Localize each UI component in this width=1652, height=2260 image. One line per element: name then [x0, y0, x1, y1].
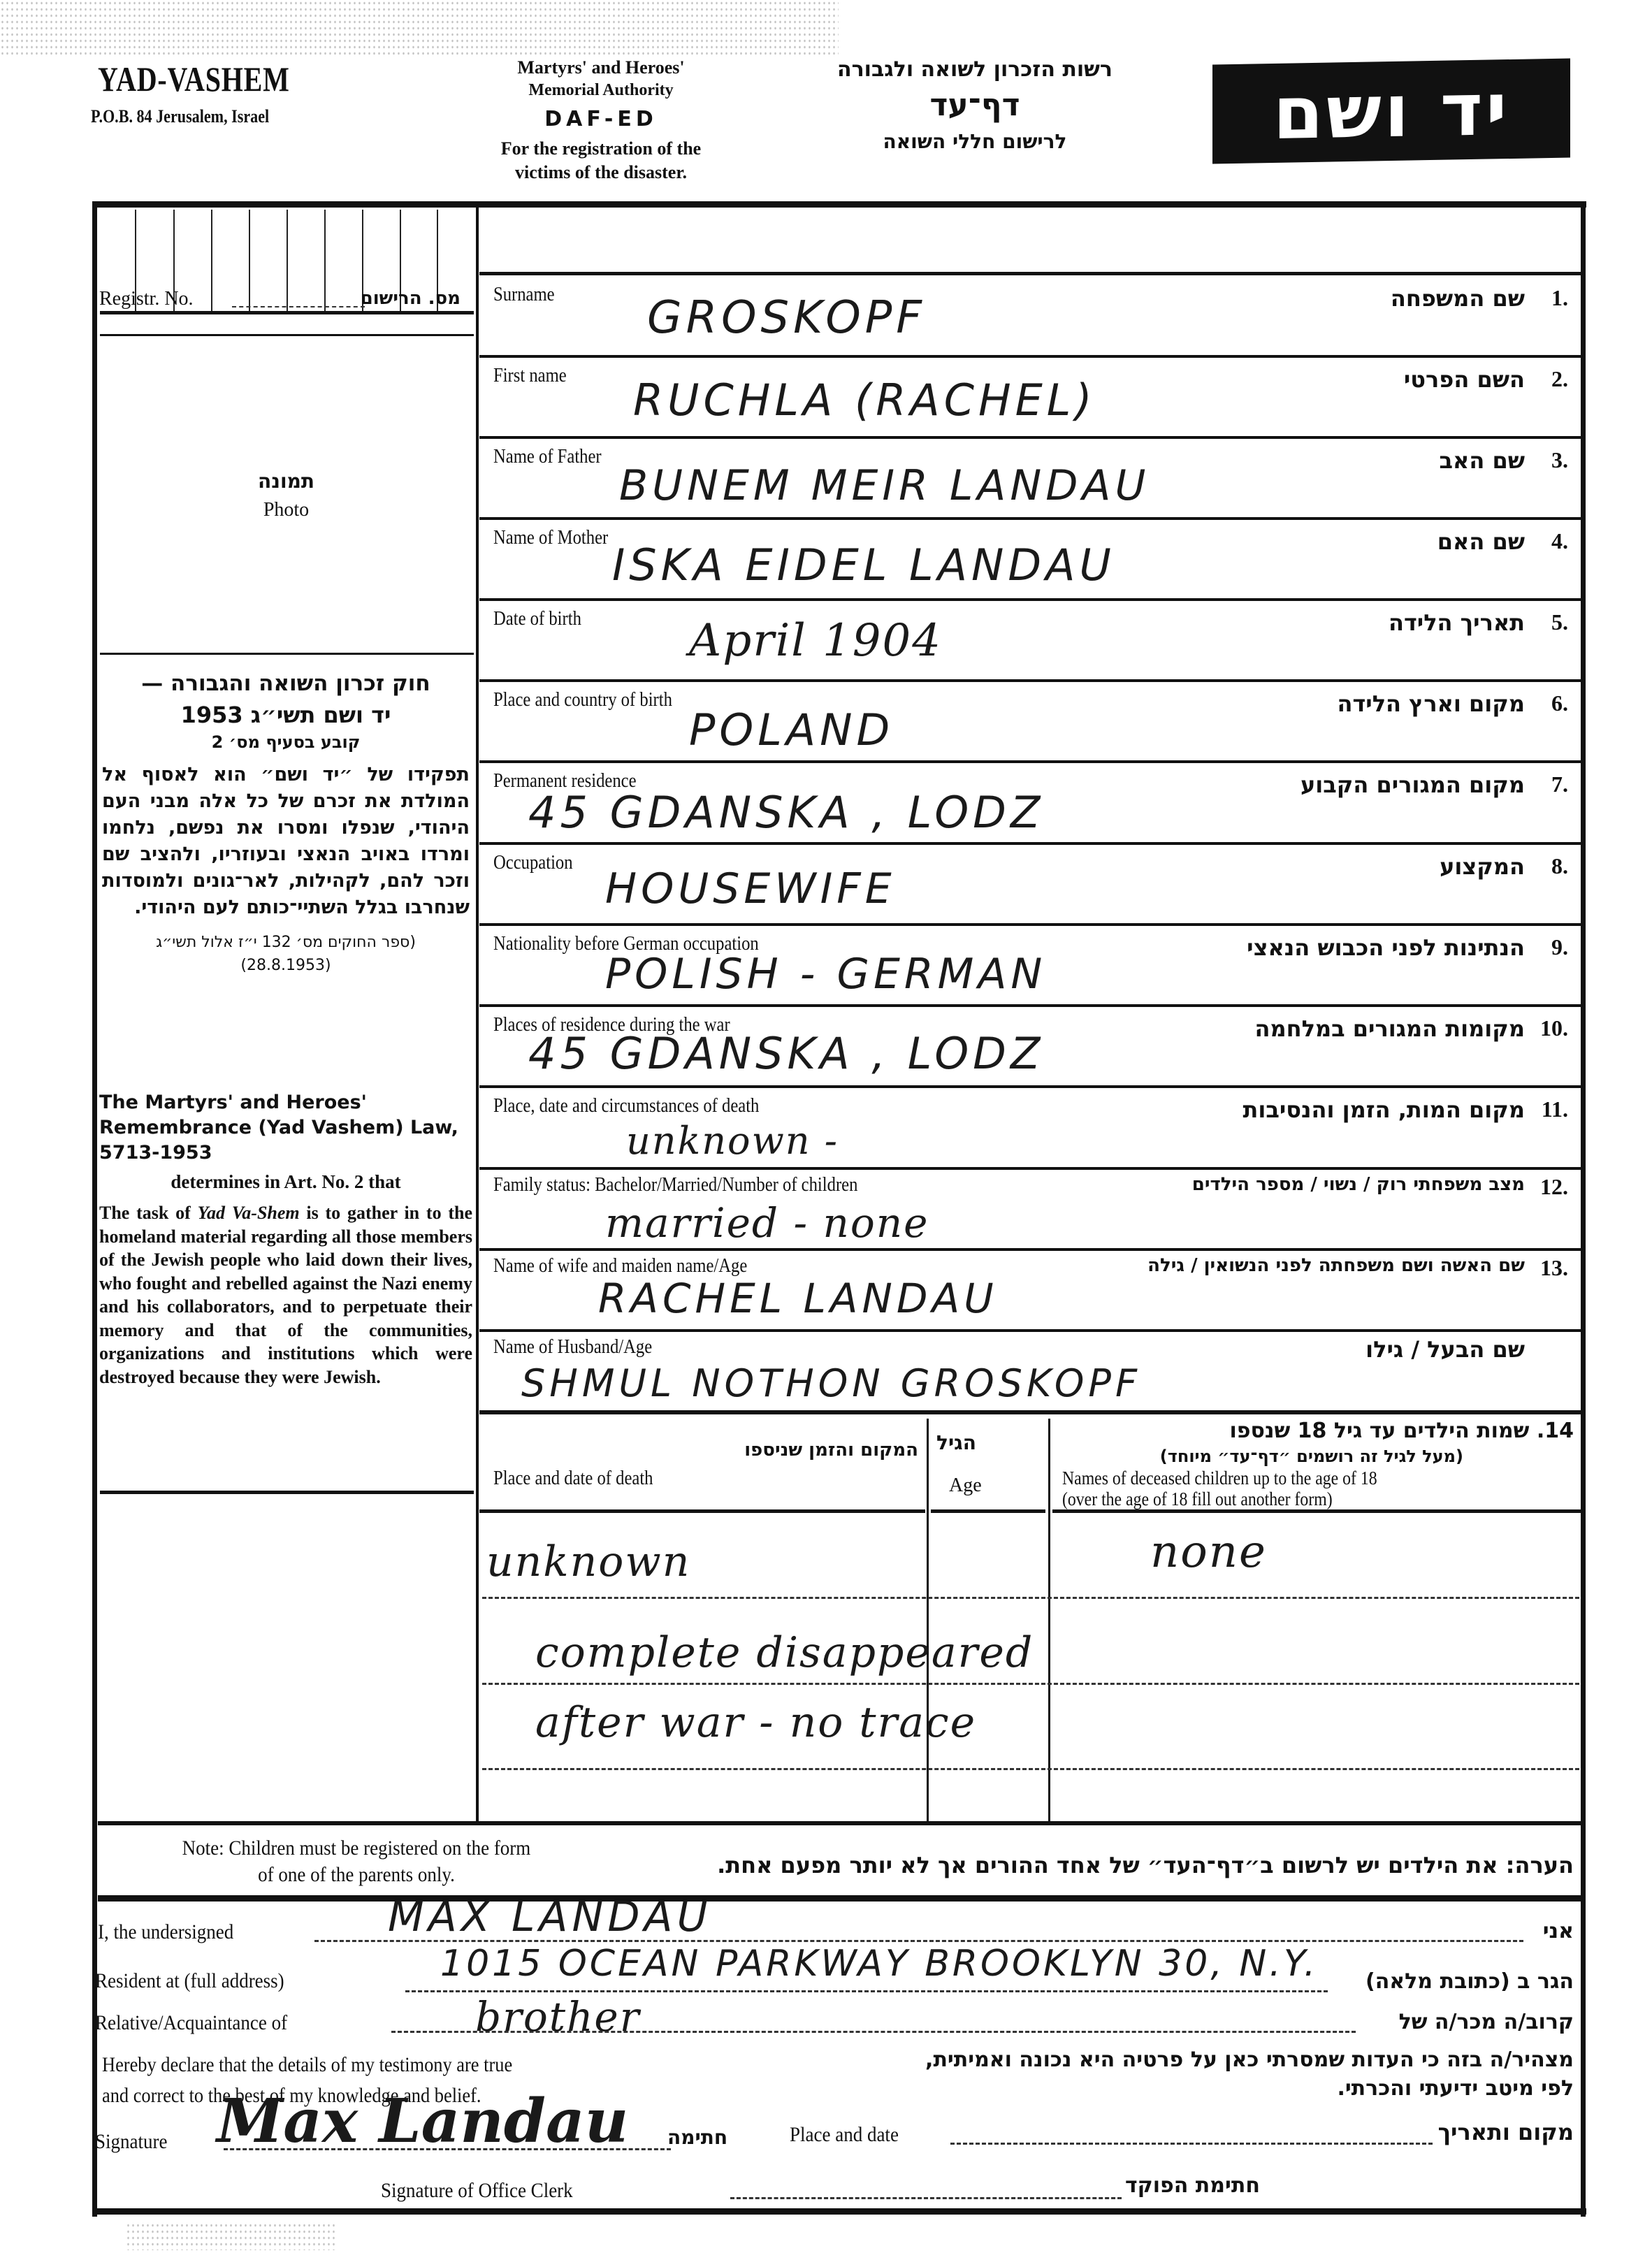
field-label: Name of Husband/Age — [493, 1336, 652, 1359]
form-title: DAF-ED — [440, 107, 762, 131]
authority-line1: Martyrs' and Heroes' — [440, 57, 762, 78]
field-value: POLAND — [689, 704, 894, 755]
frame-left-border — [92, 204, 97, 2217]
sec14-header-bottom-name — [1052, 1509, 1581, 1513]
field-value: unknown - — [626, 1119, 839, 1163]
sec14-row[interactable]: after war - no trace — [479, 1684, 1581, 1767]
row-line-1 — [479, 355, 1581, 358]
note-english: Note: Children must be registered on the… — [105, 1837, 608, 1887]
field-value: 45 GDANSKA , LODZ — [528, 1028, 1044, 1079]
resident-label-he: הגר ב (כתובת מלאה) — [1365, 1969, 1574, 1994]
sec14-place-value: complete disappeared — [535, 1628, 1034, 1677]
law-he-date: (28.8.1953) — [102, 957, 470, 974]
registr-row-bottom — [100, 334, 474, 336]
field-label-he: שם האם — [1437, 528, 1525, 555]
resident-value: 1015 OCEAN PARKWAY BROOKLYN 30, N.Y. — [440, 1943, 1318, 1985]
place-date-label: Place and date — [790, 2123, 899, 2147]
field-label-he: שם המשפחה — [1391, 285, 1525, 312]
field-label-he: הנתינות לפני הכבוש הנאצי — [1247, 934, 1525, 961]
row-line-12 — [479, 1248, 1581, 1251]
field-number: 11. — [1542, 1096, 1568, 1122]
header-center: Martyrs' and Heroes' Memorial Authority … — [440, 57, 762, 183]
law-he-title2: יד ושם תשי״ג 1953 — [102, 702, 470, 728]
field-number: 7. — [1551, 772, 1568, 797]
row-line-4 — [479, 598, 1581, 601]
sec14-place-value: after war - no trace — [535, 1698, 976, 1747]
field-row-family-status[interactable]: Family status: Bachelor/Married/Number o… — [479, 1168, 1581, 1249]
signature-value: Max Landau — [217, 2086, 628, 2157]
registr-label: Registr. No. — [99, 288, 194, 310]
field-label: Name of Mother — [493, 527, 608, 549]
sec14-title: Names of deceased children up to the age… — [1062, 1468, 1377, 1489]
resident-label: Resident at (full address) — [95, 1969, 284, 1993]
registr-number-field[interactable] — [232, 306, 365, 307]
scan-noise-bottom — [126, 2222, 335, 2250]
row-line-3 — [479, 517, 1581, 520]
purpose-line2: victims of the disaster. — [440, 162, 762, 183]
field-label-he: השם הפרטי — [1404, 366, 1525, 393]
row-line-11 — [479, 1167, 1581, 1170]
relative-value: brother — [475, 1993, 640, 2041]
sec14-place-value: unknown — [486, 1537, 690, 1586]
field-label: Place and country of birth — [493, 689, 672, 711]
org-address: P.O.B. 84 Jerusalem, Israel — [91, 106, 269, 127]
field-row-wife[interactable]: Name of wife and maiden name/Age שם האשה… — [479, 1249, 1581, 1331]
field-label-he: שם הבעל / גילו — [1365, 1336, 1525, 1363]
photo-label-he: תמונה — [99, 470, 473, 493]
field-row-permanent-residence[interactable]: Permanent residence מקום המגורים הקבוע 7… — [479, 762, 1581, 843]
registration-number-row: Registr. No. מס. הרישום — [99, 288, 473, 330]
yad-vashem-logo: יד ושם — [1212, 59, 1570, 164]
field-value: SHMUL NOTHON GROSKOPF — [521, 1361, 1141, 1405]
field-label-he: מקום וארץ הלידה — [1337, 690, 1525, 717]
row-line-14 — [479, 1410, 1581, 1414]
field-row-surname[interactable]: Surname שם המשפחה 1. GROSKOPF — [479, 275, 1581, 356]
signature-label: Signature — [95, 2130, 167, 2154]
row-line-8 — [479, 923, 1581, 926]
field-row-date-of-birth[interactable]: Date of birth תאריך הלידה 5. April 1904 — [479, 600, 1581, 681]
field-number: 12. — [1540, 1174, 1568, 1200]
undersigned-label: I, the undersigned — [98, 1920, 233, 1944]
field-label-he: מקום המגורים הקבוע — [1300, 772, 1525, 798]
hebrew-purpose: לרישום חללי השואה — [790, 130, 1160, 153]
law-box-bottom — [100, 1491, 474, 1494]
field-row-place-of-birth[interactable]: Place and country of birth מקום וארץ הלי… — [479, 681, 1581, 762]
field-number: 3. — [1551, 447, 1568, 473]
field-label: Occupation — [493, 852, 573, 874]
resident-field[interactable] — [405, 1990, 1328, 1992]
field-label: Name of Father — [493, 446, 602, 468]
clerk-field[interactable] — [730, 2197, 1122, 2199]
field-value: April 1904 — [689, 615, 942, 667]
field-label: Place, date and circumstances of death — [493, 1095, 759, 1117]
sec14-subtitle-he: (מעל לגיל זה רושמים ״דף־עד״ מיוחד) — [1160, 1447, 1463, 1466]
field-value: HOUSEWIFE — [605, 864, 896, 913]
field-value: GROSKOPF — [647, 292, 926, 344]
field-row-death-circumstances[interactable]: Place, date and circumstances of death מ… — [479, 1087, 1581, 1168]
field-number: 8. — [1551, 853, 1568, 879]
row-line-6 — [479, 760, 1581, 763]
sec14-age-header: Age — [949, 1475, 982, 1497]
field-label: Date of birth — [493, 608, 581, 630]
field-label-he: שם האב — [1440, 447, 1525, 474]
authority-line2: Memorial Authority — [440, 81, 762, 100]
sec14-row[interactable] — [479, 1769, 1581, 1821]
declare-line1: Hereby declare that the details of my te… — [102, 2053, 512, 2077]
place-date-label-he: מקום ותאריך — [1438, 2119, 1574, 2145]
frame-right-border — [1581, 204, 1586, 2217]
row-line-5 — [479, 679, 1581, 682]
field-label-he: מקומות המגורים במלחמה — [1254, 1015, 1525, 1042]
registr-label-he: מס. הרישום — [361, 288, 461, 309]
sec14-number: 14. — [1537, 1419, 1574, 1443]
row-line-13 — [479, 1329, 1581, 1332]
sec14-title-he-text: שמות הילדים עד גיל 18 שנספו — [1229, 1419, 1529, 1443]
field-label-he: מקום המות, הזמן והנסיבות — [1243, 1096, 1525, 1123]
row-line-10 — [479, 1085, 1581, 1088]
field-row-mother[interactable]: Name of Mother שם האם 4. ISKA EIDEL LAND… — [479, 519, 1581, 600]
note-top-line — [98, 1821, 1582, 1825]
undersigned-label-he: אני — [1543, 1919, 1574, 1943]
photo-label: Photo — [99, 499, 473, 521]
row-line-2 — [479, 436, 1581, 439]
sec14-title-he: 14. שמות הילדים עד גיל 18 שנספו — [1229, 1419, 1574, 1443]
field-label-he: המקצוע — [1440, 853, 1525, 880]
field-number: 13. — [1540, 1255, 1568, 1281]
field-label: Surname — [493, 284, 555, 306]
field-row-occupation[interactable]: Occupation המקצוע 8. HOUSEWIFE — [479, 843, 1581, 925]
photo-box[interactable]: תמונה Photo — [99, 337, 473, 672]
field-row-father[interactable]: Name of Father שם האב 3. BUNEM MEIR LAND… — [479, 437, 1581, 519]
note-en-line2: of one of the parents only. — [130, 1863, 583, 1887]
org-name: YAD-VASHEM — [98, 59, 290, 99]
declare-he-line1: מצהיר/ה בזה כי העדות שמסרתי כאן על פרטיה… — [925, 2048, 1574, 2072]
frame-top-border — [92, 201, 1586, 208]
purpose-line1: For the registration of the — [440, 138, 762, 159]
law-en-body-rest: is to gather in to the homeland material… — [99, 1203, 472, 1387]
law-en-determines: determines in Art. No. 2 that — [99, 1171, 472, 1193]
sec14-header-bottom-place — [479, 1509, 925, 1513]
field-value: RACHEL LANDAU — [598, 1275, 998, 1322]
sec14-place-header-he: המקום והזמן שניספו — [744, 1440, 918, 1461]
law-text-hebrew: חוק זכרון השואה והגבורה — יד ושם תשי״ג 1… — [102, 671, 470, 974]
field-row-wartime-residence[interactable]: Places of residence during the war מקומו… — [479, 1006, 1581, 1087]
signature-label-he: חתימה — [667, 2126, 727, 2149]
field-number: 10. — [1540, 1015, 1568, 1041]
law-en-title: The Martyrs' and Heroes' Remembrance (Ya… — [99, 1090, 472, 1166]
sec14-header-bottom-age — [931, 1509, 1045, 1513]
field-number: 6. — [1551, 690, 1568, 716]
row-line-7 — [479, 842, 1581, 845]
field-label-he: מצב משפחתי רוק / נשוי / מספר הילדים — [1192, 1174, 1525, 1195]
field-label: Family status: Bachelor/Married/Number o… — [493, 1174, 857, 1196]
clerk-label: Signature of Office Clerk — [381, 2179, 573, 2203]
hebrew-form-title: דף־עד — [790, 87, 1160, 123]
field-value: RUCHLA (RACHEL) — [633, 375, 1096, 426]
declare-text-he: מצהיר/ה בזה כי העדות שמסרתי כאן על פרטיה… — [925, 2048, 1574, 2101]
field-row-husband[interactable]: Name of Husband/Age שם הבעל / גילו SHMUL… — [479, 1331, 1581, 1412]
field-label-he: שם האשה ושם משפחתה לפני הנשואין / גילה — [1147, 1255, 1525, 1276]
place-date-field[interactable] — [950, 2143, 1433, 2145]
field-value: married - none — [605, 1199, 929, 1247]
note-hebrew: הערה: את הילדים יש לרשום ב״דף־העד״ של אח… — [717, 1852, 1574, 1878]
undersigned-value: MAX LANDAU — [388, 1892, 712, 1941]
note-en-line1: Note: Children must be registered on the… — [130, 1837, 583, 1860]
law-he-title1: חוק זכרון השואה והגבורה — — [102, 671, 470, 696]
law-en-body-prefix: The task of — [99, 1203, 198, 1223]
field-number: 5. — [1551, 609, 1568, 635]
field-label: First name — [493, 365, 567, 387]
column-divider — [476, 204, 479, 1823]
field-value: 45 GDANSKA , LODZ — [528, 787, 1044, 838]
law-text-english: The Martyrs' and Heroes' Remembrance (Ya… — [99, 1090, 472, 1389]
law-en-body: The task of Yad Va-Shem is to gather in … — [99, 1201, 472, 1389]
relative-label-he: קרוב/ה מכר/ה של — [1399, 2010, 1574, 2034]
field-label-he: תאריך הלידה — [1389, 609, 1525, 636]
field-value: POLISH - GERMAN — [605, 950, 1046, 999]
photo-box-bottom — [100, 653, 474, 655]
note-bottom-line — [98, 1895, 1582, 1902]
field-value: ISKA EIDEL LANDAU — [612, 539, 1115, 591]
sec14-place-header: Place and date of death — [493, 1468, 653, 1490]
sec14-subtitle: (over the age of 18 fill out another for… — [1062, 1488, 1333, 1510]
field-row-nationality[interactable]: Nationality before German occupation הנת… — [479, 925, 1581, 1006]
field-number: 4. — [1551, 528, 1568, 554]
field-number: 1. — [1551, 285, 1568, 311]
field-row-first-name[interactable]: First name השם הפרטי 2. RUCHLA (RACHEL) — [479, 356, 1581, 437]
header-hebrew: רשות הזכרון לשואה ולגבורה דף־עד לרישום ח… — [790, 57, 1160, 153]
row-line-9 — [479, 1004, 1581, 1007]
law-he-source: (ספר החוקים מס׳ 132 י״ז אלול תשי״ג — [102, 934, 470, 951]
field-number: 9. — [1551, 934, 1568, 960]
sec14-age-header-he: הגיל — [936, 1431, 1027, 1454]
logo-text: יד ושם — [1273, 66, 1510, 156]
hebrew-authority: רשות הזכרון לשואה ולגבורה — [790, 57, 1160, 82]
sec14-row[interactable]: complete disappeared — [479, 1600, 1581, 1683]
relative-label: Relative/Acquaintance of — [95, 2011, 287, 2035]
sec14-name-value: none — [1150, 1526, 1267, 1578]
scan-noise-top — [0, 0, 839, 56]
frame-bottom-border — [92, 2208, 1586, 2215]
field-number: 2. — [1551, 366, 1568, 392]
law-he-body: תפקידו של ״יד ושם״ הוא לאסוף אל המולדת א… — [102, 762, 470, 921]
law-he-title3: קובע בסעיף מס׳ 2 — [102, 732, 470, 752]
declare-he-line2: לפי מיטב ידיעתי והכרתי. — [925, 2076, 1574, 2101]
sec14-row[interactable]: unknown none — [479, 1516, 1581, 1599]
field-value: BUNEM MEIR LANDAU — [619, 461, 1150, 510]
clerk-label-he: חתימת הפוקד — [1125, 2173, 1260, 2198]
law-en-body-italic: Yad Va-Shem — [198, 1203, 300, 1223]
